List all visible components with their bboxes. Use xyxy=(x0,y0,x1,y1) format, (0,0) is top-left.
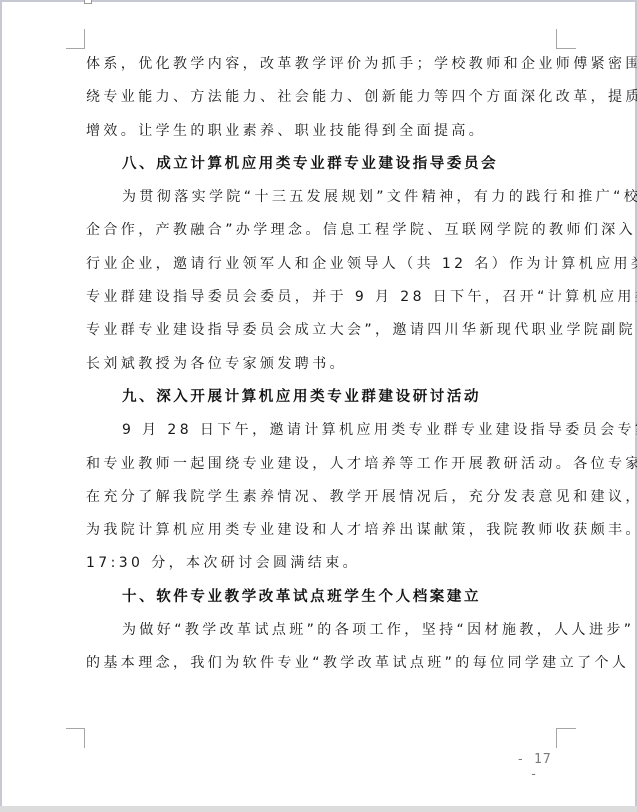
margin-corner-mark-bottom-left xyxy=(66,728,85,748)
text-line: 的基本理念，我们为软件专业“教学改革试点班”的每位同学建立了个人 xyxy=(86,647,556,680)
text-line: 17:30 分，本次研讨会圆满结束。 xyxy=(86,547,556,580)
margin-corner-mark-bottom-right xyxy=(556,728,576,748)
ruler-marker xyxy=(84,0,92,4)
text-line: 为我院计算机应用类专业建设和人才培养出谋献策，我院教师收获颇丰。 xyxy=(86,514,556,547)
text-line: 为做好“教学改革试点班”的各项工作，坚持“因材施教，人人进步” xyxy=(86,614,556,647)
text-line: 企合作，产教融合”办学理念。信息工程学院、互联网学院的教师们深入 xyxy=(86,214,556,247)
margin-corner-mark-top-right xyxy=(556,29,576,49)
text-line: 在充分了解我院学生素养情况、教学开展情况后，充分发表意见和建议， xyxy=(86,481,556,514)
section-heading: 八、成立计算机应用类专业群专业建设指导委员会 xyxy=(86,148,556,181)
page-gap xyxy=(0,806,637,812)
text-line: 绕专业能力、方法能力、社会能力、创新能力等四个方面深化改革，提质 xyxy=(86,81,556,114)
text-line: 增效。让学生的职业素养、职业技能得到全面提高。 xyxy=(86,115,556,148)
text-line: 长刘斌教授为各位专家颁发聘书。 xyxy=(86,348,556,381)
page-number: - 17 - xyxy=(508,752,560,782)
section-heading: 九、深入开展计算机应用类专业群建设研讨活动 xyxy=(86,381,556,414)
text-line: 专业群专业建设指导委员会成立大会”，邀请四川华新现代职业学院副院 xyxy=(86,314,556,347)
text-line: 为贯彻落实学院“十三五发展规划”文件精神，有力的践行和推广“校 xyxy=(86,181,556,214)
section-heading: 十、软件专业教学改革试点班学生个人档案建立 xyxy=(86,581,556,614)
document-body[interactable]: 体系，优化教学内容，改革教学评价为抓手；学校教师和企业师傅紧密围 绕专业能力、方… xyxy=(86,48,556,681)
text-line: 9 月 28 日下午，邀请计算机应用类专业群专业建设指导委员会专家 xyxy=(86,414,556,447)
text-line: 和专业教师一起围绕专业建设，人才培养等工作开展教研活动。各位专家 xyxy=(86,448,556,481)
text-line: 行业企业，邀请行业领军人和企业领导人（共 12 名）作为计算机应用类 xyxy=(86,248,556,281)
text-line: 体系，优化教学内容，改革教学评价为抓手；学校教师和企业师傅紧密围 xyxy=(86,48,556,81)
text-line: 专业群建设指导委员会委员，并于 9 月 28 日下午，召开“计算机应用类 xyxy=(86,281,556,314)
margin-corner-mark-top-left xyxy=(66,29,85,49)
